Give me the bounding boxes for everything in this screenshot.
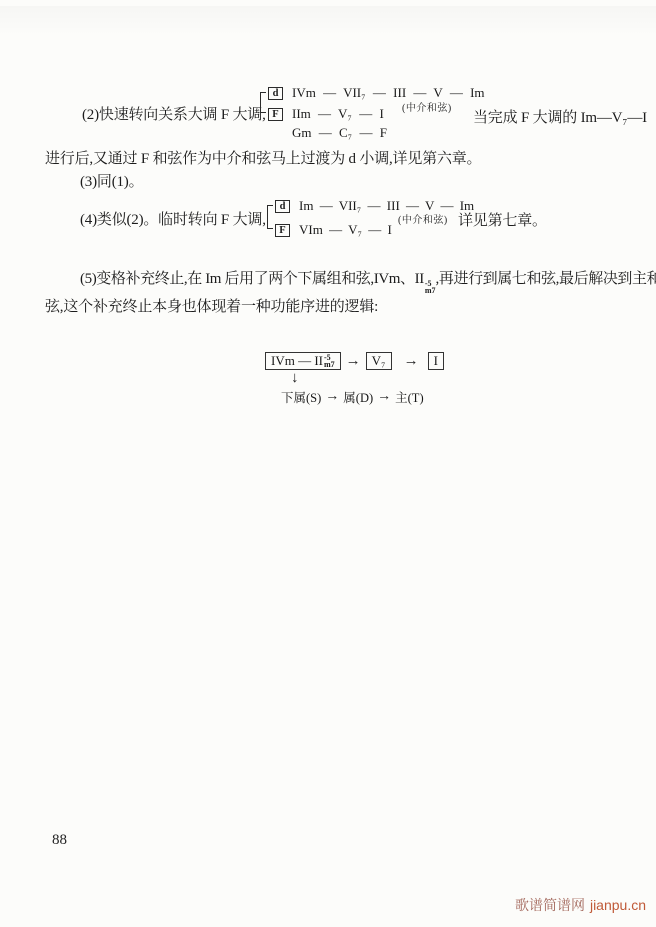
mediator-chord-annotation: (中介和弦) [398,211,448,226]
chord-scheme-item4: d Im — VII₇ — III — V — Im (中介和弦) F VIm … [275,199,465,239]
function-dominant: 属(D) [343,388,373,406]
watermark: 歌谱简谱网jianpu.cn [515,895,646,915]
mediator-chord-annotation: (中介和弦) [402,99,452,114]
chord-sequence: IIm — V₇ — I [292,106,384,122]
down-arrow-icon: ↓ [291,370,299,387]
paragraph-item3: (3)同(1)。 [80,170,143,191]
bracket [260,92,266,113]
paragraph-item4-outro: 详见第七章。 [458,209,547,230]
scheme-row-F: F IIm — V₇ — I [268,107,384,121]
diagram-box-dominant: V₇ [366,352,392,370]
watermark-site-name: 歌谱简谱网 [515,897,585,913]
key-box-d: d [275,200,290,213]
paragraph-continuation: 进行后,又通过 F 和弦作为中介和弦马上过渡为 d 小调,详见第六章。 [45,147,481,168]
paragraph-item5-line2: 弦,这个补充终止本身也体现着一种功能序进的逻辑: [45,295,378,316]
chord-sequence: VIm — V₇ — I [299,222,392,238]
paragraph-item2-outro: 当完成 F 大调的 Im—V₇—I [473,106,647,127]
right-arrow-icon: → [404,353,419,370]
chord-sequence: Im — VII₇ — III — V — Im [299,198,474,214]
chord-alteration-stack: -5m7 [324,354,335,368]
diagram-chord-row: IVm — II-5m7 → V₇ → I [265,352,444,370]
key-box-F: F [268,108,283,121]
chord-sequence: IVm — VII₇ — III — V — Im [292,85,485,101]
watermark-site-url: jianpu.cn [590,897,646,913]
diagram-function-row: 下属(S) → 属(D) → 主(T) [281,388,424,406]
alteration-sub: m7 [425,287,436,294]
item5-text-post: ,再进行到属七和弦,最后解决到主和 [436,271,656,287]
box1-chords: IVm — II [271,353,323,369]
diagram-box-tonic: I [428,352,444,370]
chord-sequence: Gm — C₇ — F [292,125,387,141]
scheme-row-letters: Gm — C₇ — F [268,126,387,140]
alteration-sub: m7 [324,361,335,368]
page-number: 88 [52,832,67,849]
document-page: (2)快速转向关系大调 F 大调, d IVm — VII₇ — III — V… [0,0,656,927]
key-box-F: F [275,224,290,237]
chord-scheme-item2: d IVm — VII₇ — III — V — Im (中介和弦) F IIm… [268,86,478,142]
paragraph-item4-intro: (4)类似(2)。临时转向 F 大调, [80,208,266,229]
right-arrow-icon: → [325,389,339,405]
right-arrow-icon: → [377,389,391,405]
paragraph-item5-line1: (5)变格补充终止,在 Im 后用了两个下属组和弦,IVm、II-5m7,再进行… [80,267,656,294]
chord-alteration-stack: -5m7 [425,280,436,294]
function-subdominant: 下属(S) [281,388,321,406]
item5-text-pre: (5)变格补充终止,在 Im 后用了两个下属组和弦,IVm、II [80,271,424,287]
right-arrow-icon: → [346,353,361,370]
bracket [267,205,273,229]
diagram-box-subdominant: IVm — II-5m7 [265,352,341,370]
cadence-diagram: IVm — II-5m7 → V₇ → I ↓ 下属(S) → 属(D) → 主… [265,352,485,407]
key-box-d: d [268,87,283,100]
scheme-row-d: d IVm — VII₇ — III — V — Im [268,86,485,100]
function-tonic: 主(T) [395,388,423,406]
paragraph-item2-intro: (2)快速转向关系大调 F 大调, [82,103,266,124]
scheme-row-F: F VIm — V₇ — I [275,223,392,237]
